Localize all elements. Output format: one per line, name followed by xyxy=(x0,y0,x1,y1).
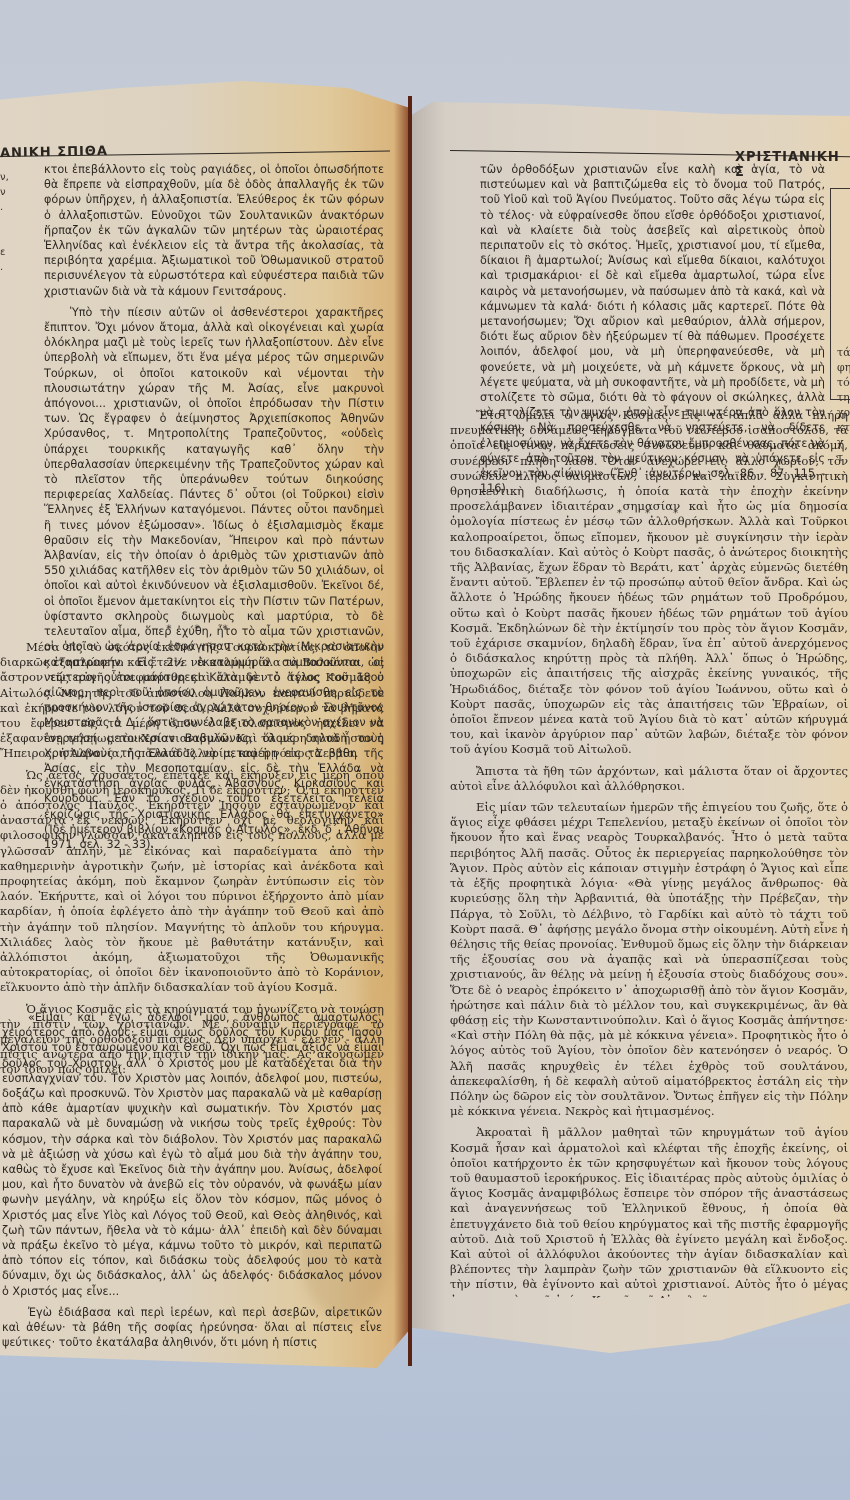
paragraph: Εἰς μίαν τῶν τελευταίων ἡμερῶν τῆς ἐπιγε… xyxy=(450,800,848,1119)
paragraph: Ἔτσι ὡμίλει ὁ ἅγιος Κοσμᾶς. Εἰς τὰ ἁπλᾶ … xyxy=(450,408,848,758)
paragraph: Ὡς ἀετός, χρυσάετος, ἐπέταξε καὶ ἐκήρυξε… xyxy=(0,768,384,996)
paragraph: κτοι ἐπεβάλλοντο εἰς τοὺς ραγιάδες, οἱ ὁ… xyxy=(44,162,384,299)
quote-paragraph: Ἐγὼ ἐδιάβασα καὶ περὶ ἱερέων, καὶ περὶ ἀ… xyxy=(2,1305,382,1351)
paragraph: Ἀκροαταὶ ἢ μᾶλλον μαθηταὶ τῶν κηρυγμάτων… xyxy=(450,1125,848,1298)
left-column-quote: «Εἶμαι καὶ ἐγώ, ἀδελφοί μου, ἄνθρωπος ἁμ… xyxy=(0,1010,382,1356)
section-separator: * * * xyxy=(20,622,384,637)
left-running-head: ΑΝΙΚΗ ΣΠΙΘΑ xyxy=(0,144,108,161)
open-magazine-spread: ΑΝΙΚΗ ΣΠΙΘΑ ν,ν.ε. κτοι ἐπεβάλλοντο εἰς … xyxy=(0,0,850,1500)
right-column-body: Ἔτσι ὡμίλει ὁ ἅγιος Κοσμᾶς. Εἰς τὰ ἁπλᾶ … xyxy=(450,408,848,1298)
paragraph: Μέσα εἰς τὸ σκότος ἐκεῖνο τῆς Τουρκοκρατ… xyxy=(0,640,384,762)
spine-gutter xyxy=(408,96,412,1366)
quote-paragraph: «Εἶμαι καὶ ἐγώ, ἀδελφοί μου, ἄνθρωπος ἁμ… xyxy=(2,1010,382,1299)
paragraph: Ἄπιστα τὰ ἤθη τῶν ἀρχόντων, καὶ μάλιστα … xyxy=(450,764,848,794)
left-margin-fragments: ν,ν.ε. xyxy=(0,170,9,275)
